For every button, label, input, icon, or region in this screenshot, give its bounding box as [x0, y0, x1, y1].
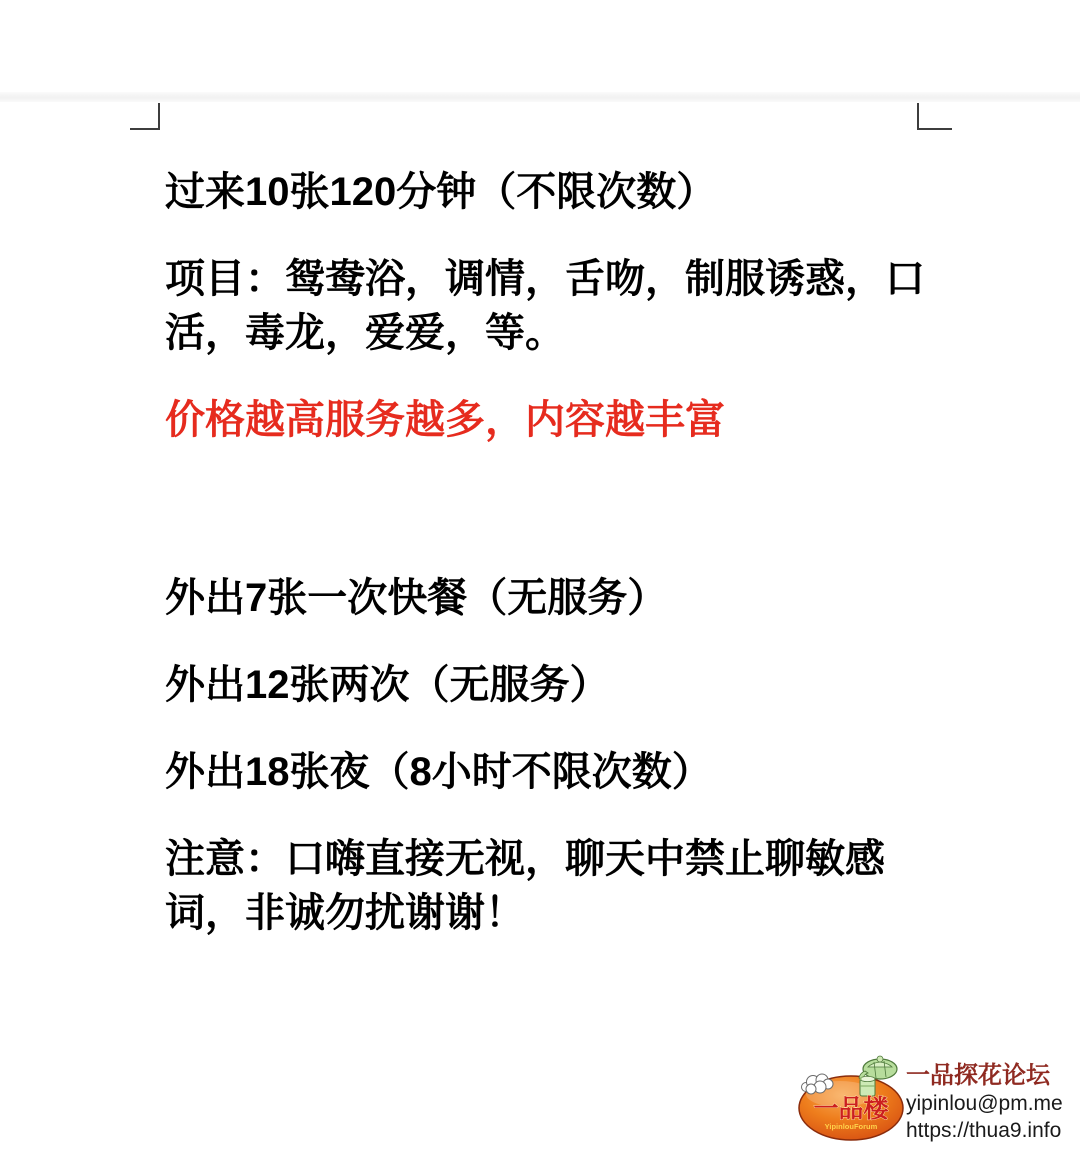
logo-wordmark: 一品楼: [813, 1095, 889, 1123]
text-line: 词，非诚勿扰谢谢！: [165, 886, 965, 940]
footer-text-block: 一品探花论坛 yipinlou@pm.me https://thua9.info: [906, 1061, 1048, 1144]
logo-subtext: YipinlouForum: [825, 1122, 878, 1131]
site-email: yipinlou@pm.me: [906, 1090, 1048, 1117]
text-line: 项目：鸳鸯浴，调情，舌吻，制服诱惑，口: [165, 252, 965, 306]
yipinlou-logo: 一品楼 YipinlouForum: [796, 1053, 908, 1153]
text-line: 外出18张夜（8小时不限次数）: [165, 745, 965, 799]
paragraph: 外出12张两次（无服务）: [165, 658, 965, 712]
paragraph: 注意：口嗨直接无视，聊天中禁止聊敏感词，非诚勿扰谢谢！: [165, 832, 965, 940]
document-page: 过来10张120分钟（不限次数）项目：鸳鸯浴，调情，舌吻，制服诱惑，口活，毒龙，…: [0, 0, 1080, 1155]
text-line: 价格越高服务越多，内容越丰富: [165, 393, 965, 447]
paragraph: 价格越高服务越多，内容越丰富: [165, 393, 965, 447]
text-line: 注意：口嗨直接无视，聊天中禁止聊敏感: [165, 832, 965, 886]
margin-corner-mark-left: [130, 103, 160, 130]
teacup-icon: [860, 1076, 875, 1096]
text-line: 外出12张两次（无服务）: [165, 658, 965, 712]
text-line: 外出7张一次快餐（无服务）: [165, 571, 965, 625]
footer-watermark: 一品楼 YipinlouForum 一品探花论坛 yipinlou@pm.me …: [796, 1053, 1056, 1153]
paragraph: 外出7张一次快餐（无服务）: [165, 571, 965, 625]
teapot-icon: [859, 1056, 897, 1079]
paragraph: 过来10张120分钟（不限次数）: [165, 165, 965, 219]
text-line: 活，毒龙，爱爱，等。: [165, 306, 965, 360]
margin-corner-mark-right: [917, 103, 952, 130]
text-line: 过来10张120分钟（不限次数）: [165, 165, 965, 219]
paragraph: 项目：鸳鸯浴，调情，舌吻，制服诱惑，口活，毒龙，爱爱，等。: [165, 252, 965, 360]
page-top-edge: [0, 92, 1080, 102]
site-url[interactable]: https://thua9.info: [906, 1117, 1048, 1144]
paragraph: 外出18张夜（8小时不限次数）: [165, 745, 965, 799]
site-name: 一品探花论坛: [906, 1061, 1048, 1090]
document-body: 过来10张120分钟（不限次数）项目：鸳鸯浴，调情，舌吻，制服诱惑，口活，毒龙，…: [165, 165, 965, 973]
